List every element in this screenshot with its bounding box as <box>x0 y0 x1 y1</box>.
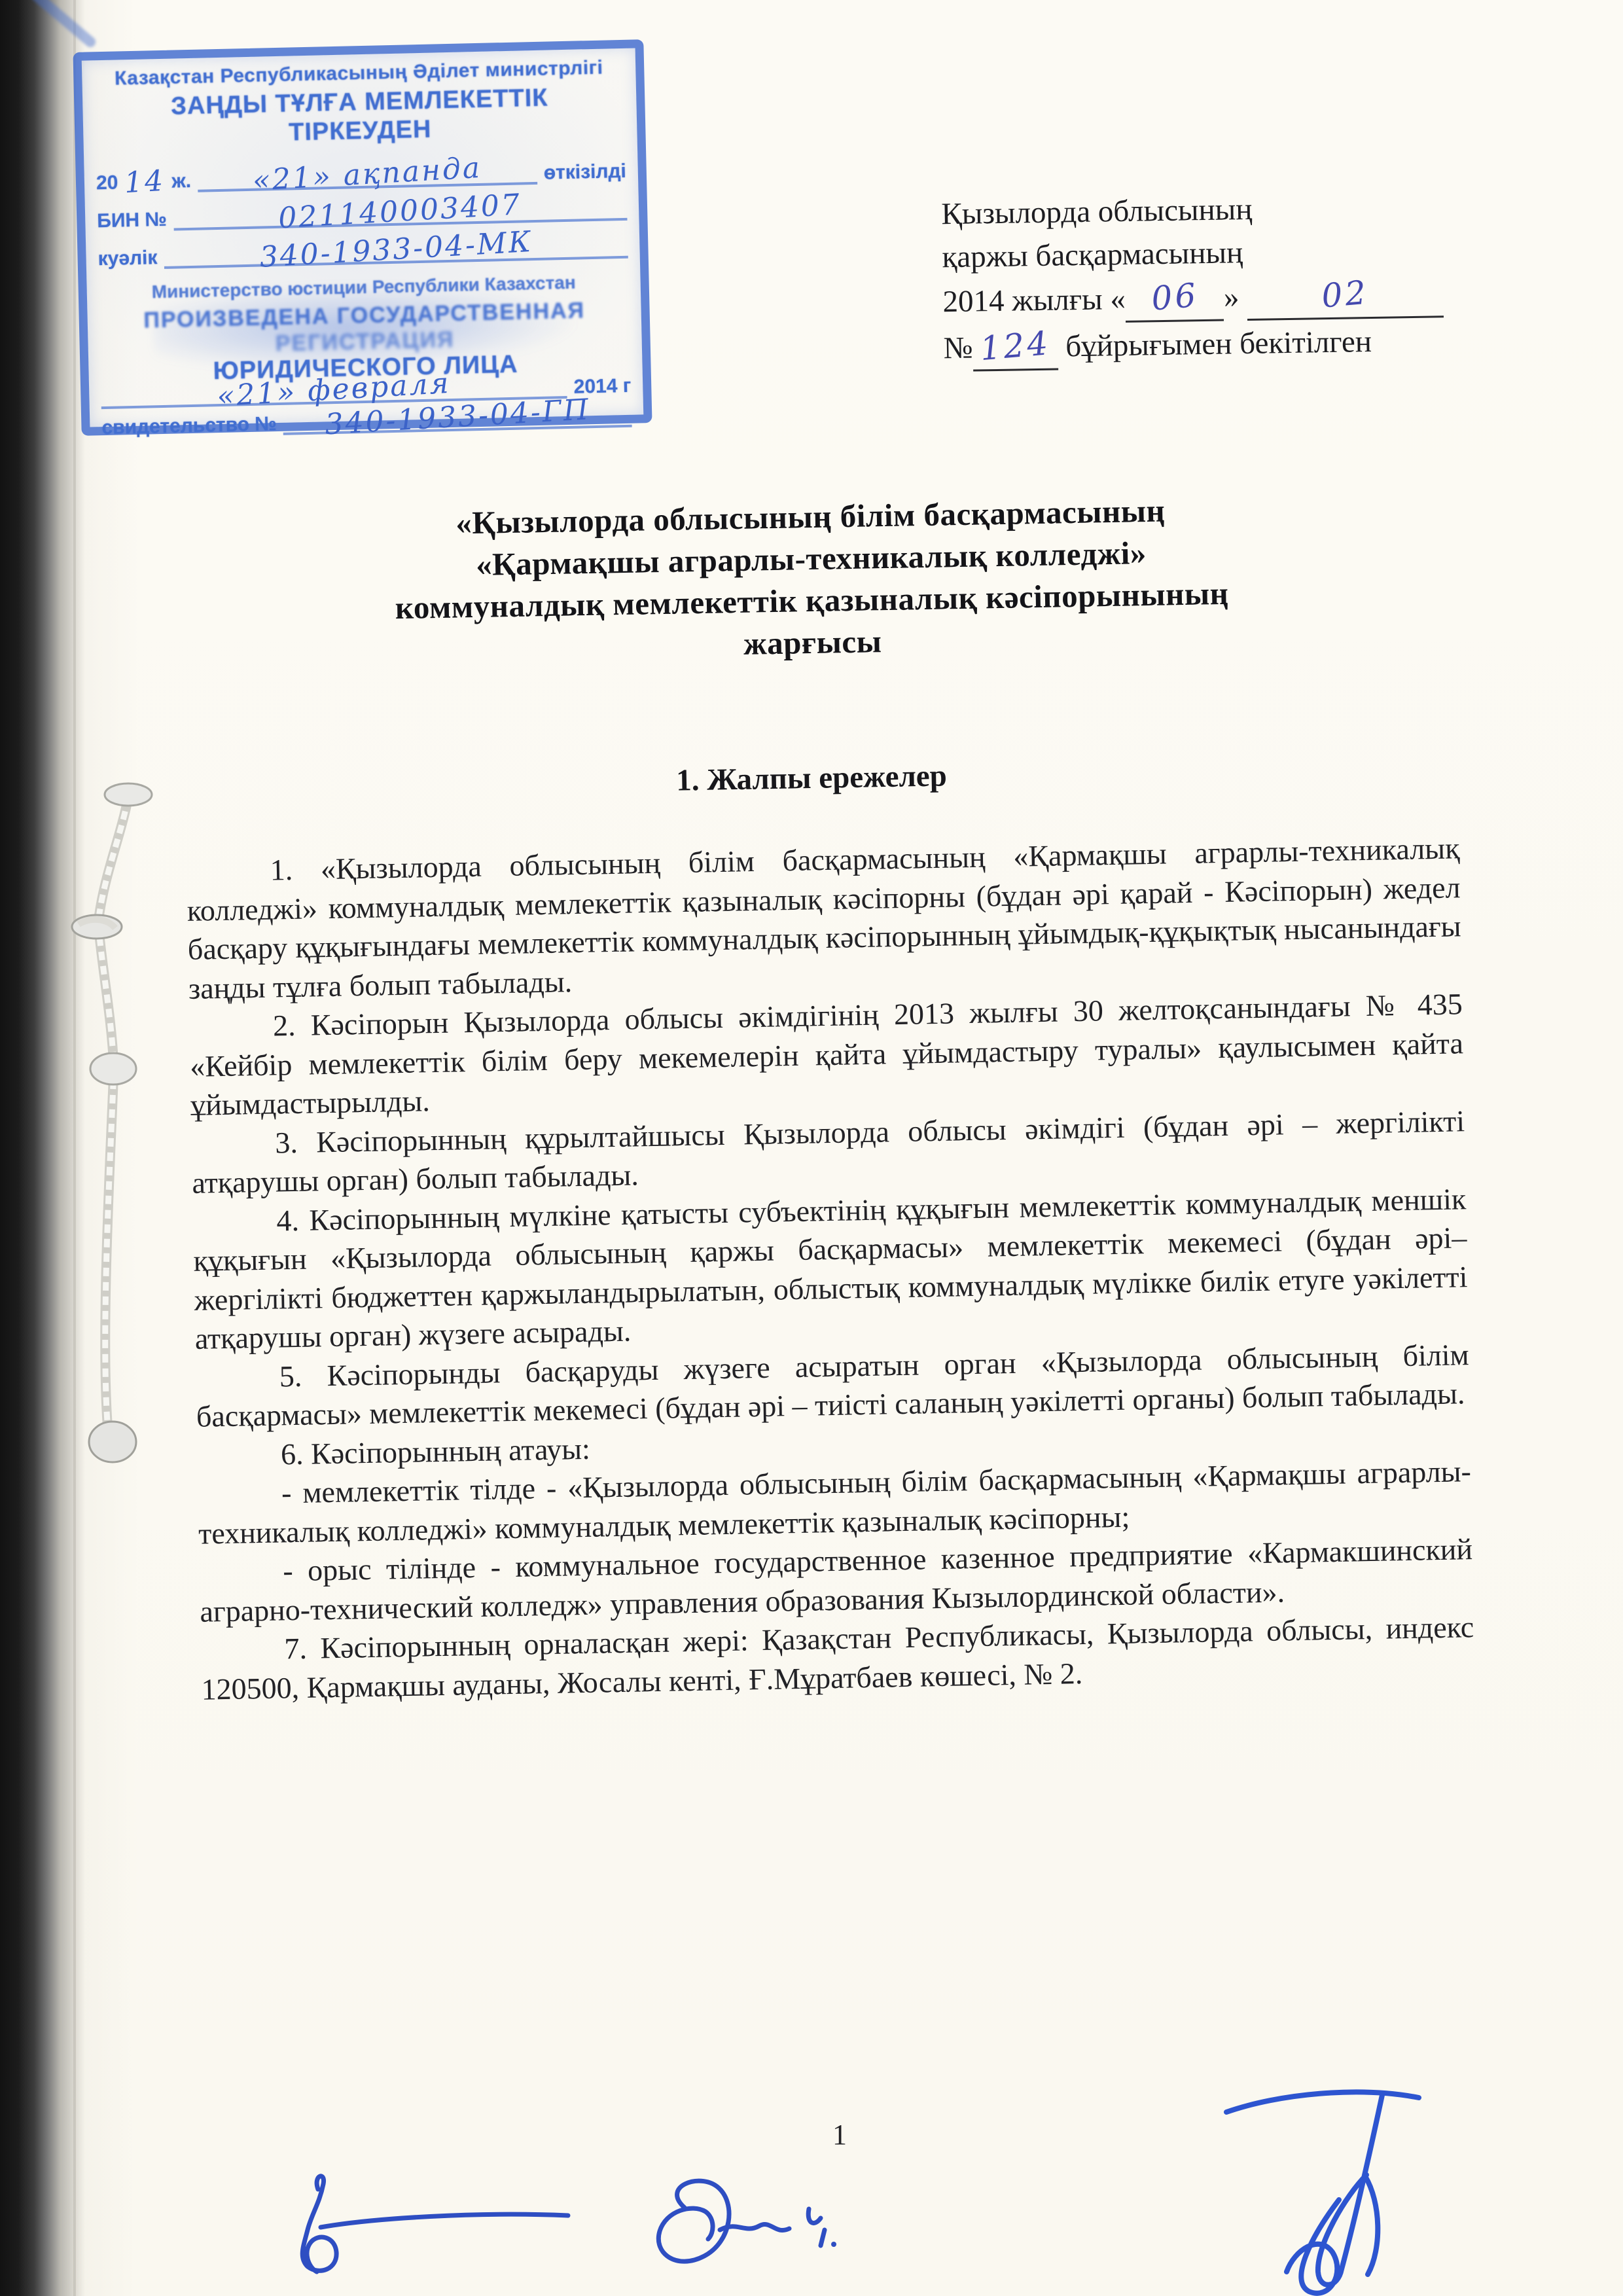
stamp-done-label: өткізілді <box>543 160 626 185</box>
approval-month-handwritten: 02 <box>1320 271 1370 318</box>
approval-quote-close: » <box>1223 280 1239 314</box>
ink-smear <box>27 0 113 54</box>
approval-number-sign: № <box>943 331 973 366</box>
paragraph-2: 2. Кәсіпорын Қызылорда облысы әкімдігіні… <box>189 984 1465 1124</box>
approval-line-2: қаржы басқармасының <box>942 228 1466 279</box>
signature-left <box>275 2170 596 2294</box>
paragraph-1: 1. «Қызылорда облысының білім басқармасы… <box>186 829 1462 1008</box>
approval-order-number-handwritten: 124 <box>978 321 1052 370</box>
approval-order-number-blank: 124 <box>972 324 1058 372</box>
approval-block: Қызылорда облысының қаржы басқармасының … <box>941 185 1467 372</box>
grommet-bottom <box>89 1422 136 1462</box>
approval-date-prefix: 2014 жылғы « <box>942 282 1126 319</box>
registration-stamp: Казақстан Республикасының Әділет министр… <box>73 39 652 436</box>
approval-line-3: 2014 жылғы «06» 02 <box>942 271 1467 326</box>
approval-day-blank: 06 <box>1125 275 1224 323</box>
page-number: 1 <box>832 2118 847 2151</box>
approval-line-1: Қызылорда облысының <box>941 185 1465 236</box>
approval-day-handwritten: 06 <box>1149 274 1200 321</box>
scanned-charter-page: Казақстан Республикасының Әділет министр… <box>0 0 1623 2296</box>
stamp-year-suffix: ж. <box>171 170 191 193</box>
stamp-certificate2-label: свидетельство № <box>101 413 277 439</box>
section-heading: 1. Жалпы ережелер <box>216 750 1408 806</box>
approval-month-blank: 02 <box>1247 271 1444 321</box>
signature-right <box>1211 2078 1433 2296</box>
document-body: 1. «Қызылорда облысының білім басқармасы… <box>186 829 1475 1708</box>
approval-order-text: бұйрығымен бекітілген <box>1065 325 1372 363</box>
paragraph-4: 4. Кәсіпорынның мүлкіне қатысты субъекті… <box>192 1179 1469 1359</box>
stamp-certificate-label: куәлік <box>98 247 158 270</box>
signature-center <box>622 2170 864 2296</box>
grommet-middle <box>90 1053 136 1085</box>
grommet-top <box>105 783 152 806</box>
stamp-date-blank: «21» ақпанда <box>197 149 537 192</box>
approval-line-4: №124 бұйрығымен бекітілген <box>943 317 1467 372</box>
stamp-certificate2-blank: 340-1933-04-ГП <box>283 391 632 435</box>
stamp-bin-label: БИН № <box>97 209 167 232</box>
stamp-year-prefix: 20 <box>96 171 118 194</box>
stamp-certificate2-handwritten: 340-1933-04-ГП <box>324 393 591 441</box>
document-title: «Қызылорда облысының білім басқармасының… <box>215 486 1408 674</box>
